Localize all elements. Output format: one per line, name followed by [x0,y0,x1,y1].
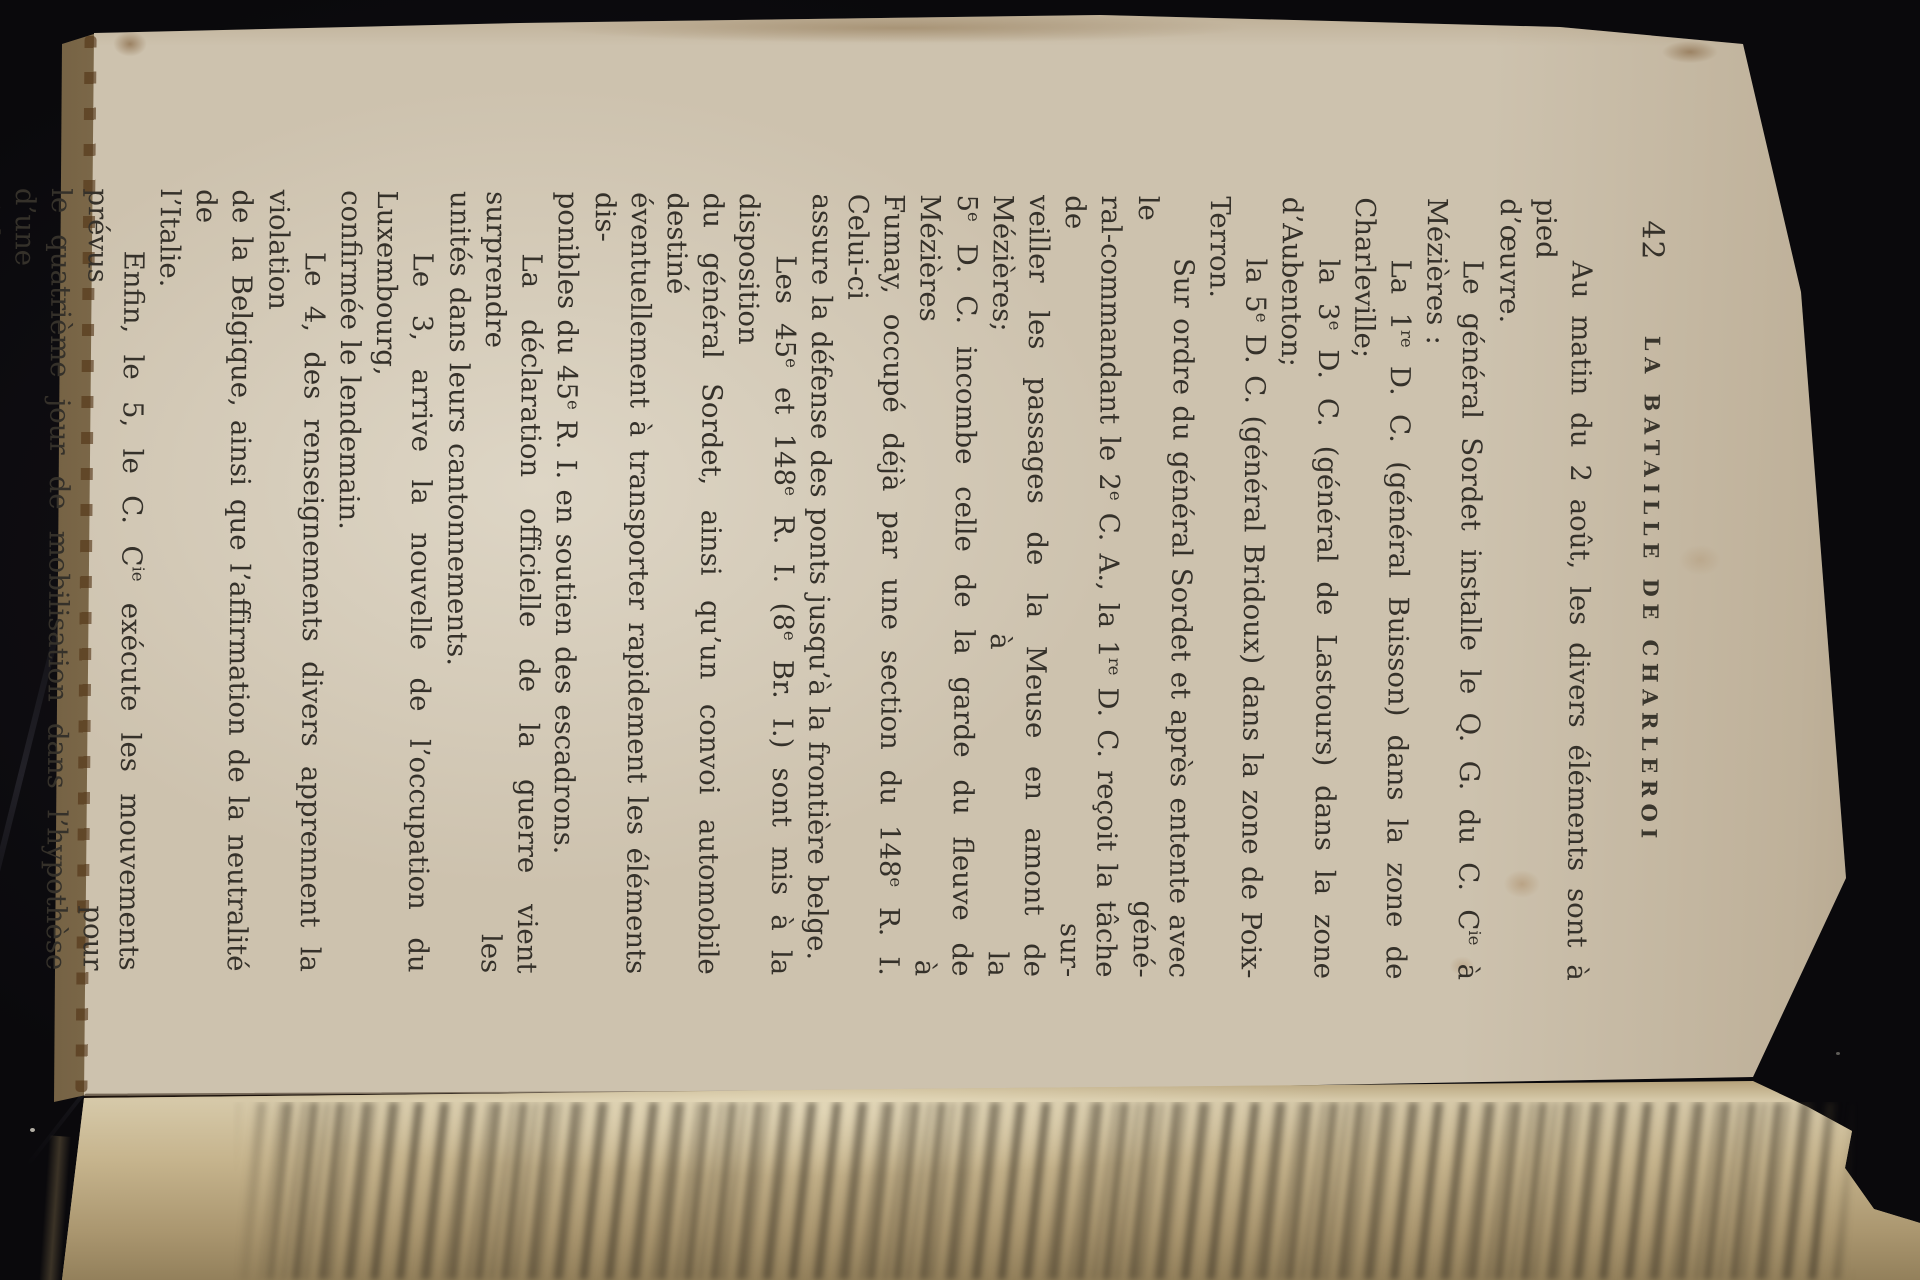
text-line: La 1re D. C. (général Buisson) dans la z… [1341,197,1419,979]
text-line: le quatrième jour de mobilisation dans l… [2,188,80,970]
text-line: veiller les passages de la Meuse en amon… [979,195,1057,977]
text-line: de la Belgique, ainsi que l’affirmation … [183,189,261,971]
text-line: Au matin du 2 août, les divers éléments … [1522,198,1600,980]
text-line: confirmée le lendemain. [327,190,369,972]
page-body: Au matin du 2 août, les divers éléments … [0,182,1600,981]
text-line: 5e D. C. incombe celle de la garde du fl… [907,194,985,976]
text-line: Les 45e et 148e R. I. (8e Br. I.) sont m… [726,193,804,975]
text-line: la 5e D. C. (général Bridoux) dans la zo… [1196,196,1274,978]
dust-speck [30,1128,35,1132]
photo-background: 42 LA BATAILLE DE CHARLEROI Au matin du … [0,0,1920,1280]
text-line: Le 4, des renseignements divers apprenne… [255,190,333,972]
text-line: assure la défense des ponts jusqu’à la f… [798,193,840,975]
text-line: La déclaration officielle de la guerre v… [472,191,550,973]
facing-page-blurred-text [232,1102,1858,1280]
text-line: la 3e D. C. (général de Lastours) dans l… [1269,197,1347,979]
text-line: Le général Sordet installe le Q. G. du C… [1414,198,1492,980]
text-line: Enfin, le 5, le C. Cie exécute les mouve… [74,188,152,970]
text-line: ral-commandant le 2e C. A., la 1re D. C.… [1052,195,1130,977]
text-line: ponibles du 45e R. I. en soutien des esc… [545,192,587,974]
running-header: LA BATAILLE DE CHARLEROI [1636,199,1666,981]
page-text-rotated: 42 LA BATAILLE DE CHARLEROI Au matin du … [84,13,1841,1100]
dust-speck [1836,1052,1840,1055]
text-line: unités dans leurs cantonnements. [436,191,478,973]
text-line: éventuellement à transporter rapidement … [581,192,659,974]
text-line: Le 3, arrive la nouvelle de l’occupation… [364,190,442,972]
text-line: d’œuvre. [1486,198,1528,980]
text-line: du général Sordet, ainsi qu’un convoi au… [653,192,731,974]
text-line: Sur ordre du général Sordet et après ent… [1124,196,1202,978]
text-line: Fumay, occupé déjà par une section du 14… [834,194,912,976]
text-line: l’Italie. [146,189,188,971]
